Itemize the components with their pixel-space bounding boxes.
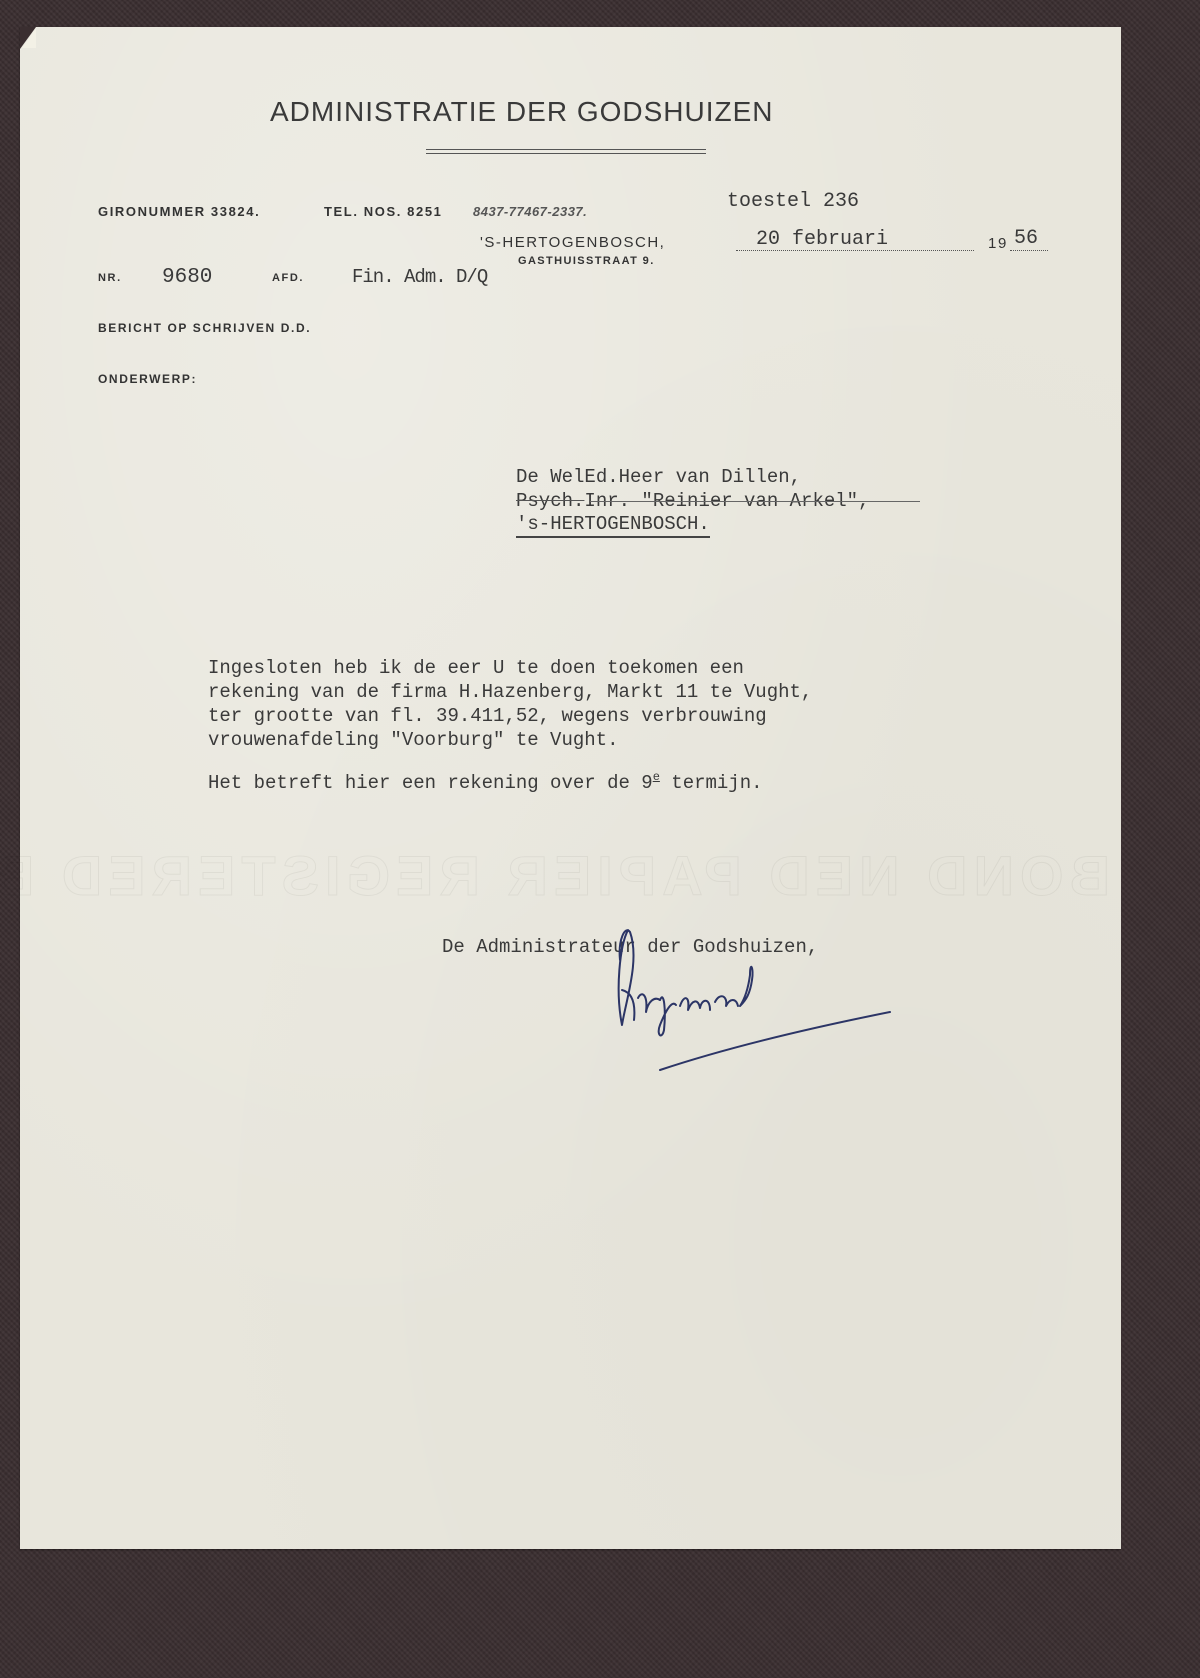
- recipient-struck-prefix: Psych.: [516, 490, 584, 512]
- city-label: 'S-HERTOGENBOSCH,: [480, 234, 665, 251]
- signature-icon: [600, 920, 900, 1080]
- date-day-month: 20 februari: [756, 228, 888, 251]
- year-prefix: 19: [988, 235, 1008, 252]
- body-line: vrouwenafdeling "Voorburg" te Vught.: [208, 728, 812, 752]
- body-paragraph-1: Ingesloten heb ik de eer U te doen toeko…: [208, 656, 812, 752]
- telephone-label: TEL. NOS. 8251: [324, 204, 443, 219]
- recipient-name: De WelEd.Heer van Dillen,: [516, 466, 801, 488]
- recipient-strike-line: [590, 501, 920, 502]
- address-label: GASTHUISSTRAAT 9.: [518, 255, 655, 267]
- bericht-label: BERICHT OP SCHRIJVEN D.D.: [98, 321, 311, 335]
- ordinal-superscript: e: [653, 770, 660, 784]
- paper-watermark: BOND NED PAPIER REGISTERED BOND: [30, 843, 1110, 908]
- telephone-overstruck: 8437-77467-2337.: [473, 204, 587, 219]
- onderwerp-label: ONDERWERP:: [98, 372, 197, 386]
- recipient-city: 's-HERTOGENBOSCH.: [516, 513, 710, 535]
- year-suffix: 56: [1014, 227, 1038, 250]
- year-dotted-line: [1010, 250, 1048, 251]
- recipient-city-text: 's-HERTOGENBOSCH.: [516, 513, 710, 538]
- body-para2-text: Het betreft hier een rekening over de 9: [208, 772, 653, 794]
- gironummer-label: GIRONUMMER 33824.: [98, 204, 260, 219]
- letterhead-title: ADMINISTRATIE DER GODSHUIZEN: [270, 96, 774, 128]
- afd-value: Fin. Adm. D/Q: [352, 266, 487, 288]
- folded-corner-flap: [22, 28, 36, 48]
- body-line: rekening van de firma H.Hazenberg, Markt…: [208, 680, 812, 704]
- title-rule-top: [426, 149, 706, 150]
- nr-label: NR.: [98, 272, 122, 284]
- afd-label: AFD.: [272, 272, 304, 284]
- body-para2-end: termijn.: [660, 772, 763, 794]
- title-rule-bottom: [426, 153, 706, 154]
- body-line: ter grootte van fl. 39.411,52, wegens ve…: [208, 704, 812, 728]
- handwritten-signature: [600, 920, 900, 1080]
- body-line: Ingesloten heb ik de eer U te doen toeko…: [208, 656, 812, 680]
- telephone-extension: toestel 236: [727, 190, 859, 213]
- body-paragraph-2: Het betreft hier een rekening over de 9e…: [208, 770, 763, 794]
- nr-value: 9680: [162, 266, 212, 289]
